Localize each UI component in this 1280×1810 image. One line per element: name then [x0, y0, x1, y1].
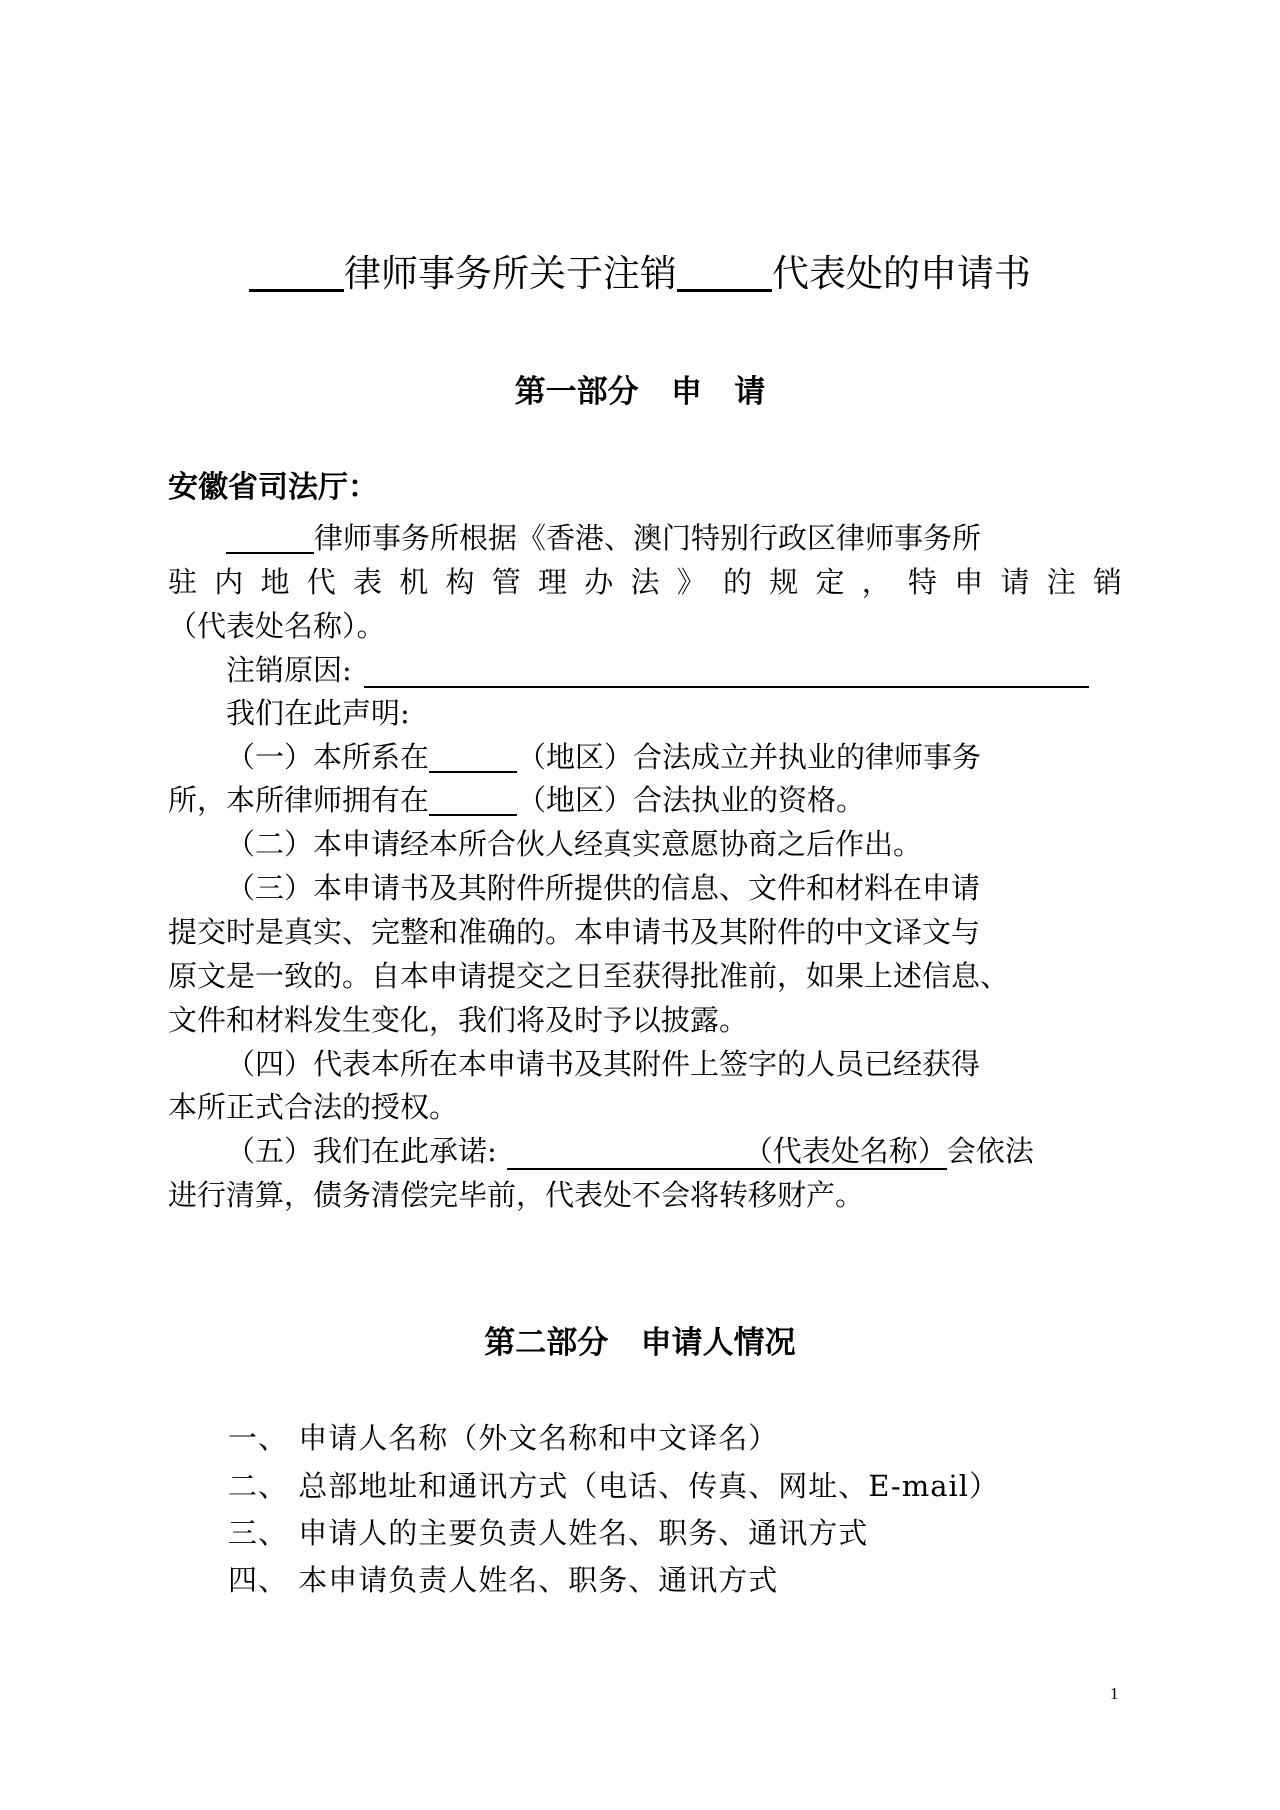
item2-line: （二）本申请经本所合伙人经真实意愿协商之后作出。	[168, 824, 1180, 864]
document-title: 律师事务所关于注销代表处的申请书	[0, 250, 1280, 298]
addressee: 安徽省司法厅：	[168, 468, 378, 508]
title-text-part2: 代表处的申请书	[772, 252, 1031, 295]
item3-line-2: 提交时是真实、完整和准确的。本申请书及其附件的中文译文与	[168, 912, 1122, 952]
section1-heading: 第一部分 申 请	[0, 372, 1280, 412]
intro-text-1: 律师事务所根据《香港、澳门特别行政区律师事务所	[314, 521, 981, 555]
item5-text-a: （五）我们在此承诺:	[226, 1134, 497, 1168]
title-text-part1: 律师事务所关于注销	[344, 252, 677, 295]
item4-line-2: 本所正式合法的授权。	[168, 1087, 1122, 1127]
item4-line-1: （四）代表本所在本申请书及其附件上签字的人员已经获得	[168, 1044, 1180, 1084]
applicant-info-item-2: 二、 总部地址和通讯方式（电话、传真、网址、E-mail）	[228, 1466, 999, 1506]
item3-line-3: 原文是一致的。自本申请提交之日至获得批准前，如果上述信息、	[168, 956, 1122, 996]
title-blank-firm	[249, 253, 344, 292]
applicant-info-item-4: 四、 本申请负责人姓名、职务、通讯方式	[228, 1560, 778, 1600]
title-blank-office	[677, 253, 772, 292]
reason-line: 注销原因:	[168, 650, 1180, 690]
reason-blank	[364, 656, 1089, 688]
item1-text-d: （地区）合法执业的资格。	[517, 783, 865, 817]
applicant-info-item-1: 一、 申请人名称（外文名称和中文译名）	[228, 1418, 778, 1458]
intro-line-3: （代表处名称）。	[168, 606, 1122, 646]
intro-line-2: 驻内地代表机构管理办法》的规定，特申请注销	[168, 562, 1122, 602]
item5-line-2: 进行清算，债务清偿完毕前，代表处不会将转移财产。	[168, 1175, 1122, 1215]
item1-text-b: （地区）合法成立并执业的律师事务	[517, 740, 981, 774]
firm-name-blank	[226, 522, 314, 554]
region-blank-2	[429, 784, 517, 816]
item1-text-c: 所，本所律师拥有在	[168, 783, 429, 817]
document-page: 律师事务所关于注销代表处的申请书 第一部分 申 请 安徽省司法厅： 律师事务所根…	[0, 0, 1280, 1810]
item1-line-2: 所，本所律师拥有在（地区）合法执业的资格。	[168, 780, 1122, 820]
declaration-intro: 我们在此声明:	[168, 693, 1180, 733]
reason-label: 注销原因:	[226, 653, 352, 687]
item1-line-1: （一）本所系在（地区）合法成立并执业的律师事务	[168, 737, 1180, 777]
intro-line-1: 律师事务所根据《香港、澳门特别行政区律师事务所	[168, 518, 1180, 558]
item5-line-1: （五）我们在此承诺:（代表处名称）会依法	[168, 1131, 1180, 1171]
item3-line-4: 文件和材料发生变化，我们将及时予以披露。	[168, 1000, 1122, 1040]
item1-text-a: （一）本所系在	[226, 740, 429, 774]
office-name-blank: （代表处名称）	[507, 1134, 947, 1170]
region-blank-1	[429, 741, 517, 773]
section2-heading: 第二部分 申请人情况	[0, 1323, 1280, 1363]
page-number: 1	[1110, 1684, 1119, 1704]
applicant-info-item-3: 三、 申请人的主要负责人姓名、职务、通讯方式	[228, 1513, 868, 1553]
item5-text-b: 会依法	[947, 1134, 1034, 1168]
item3-line-1: （三）本申请书及其附件所提供的信息、文件和材料在申请	[168, 868, 1180, 908]
